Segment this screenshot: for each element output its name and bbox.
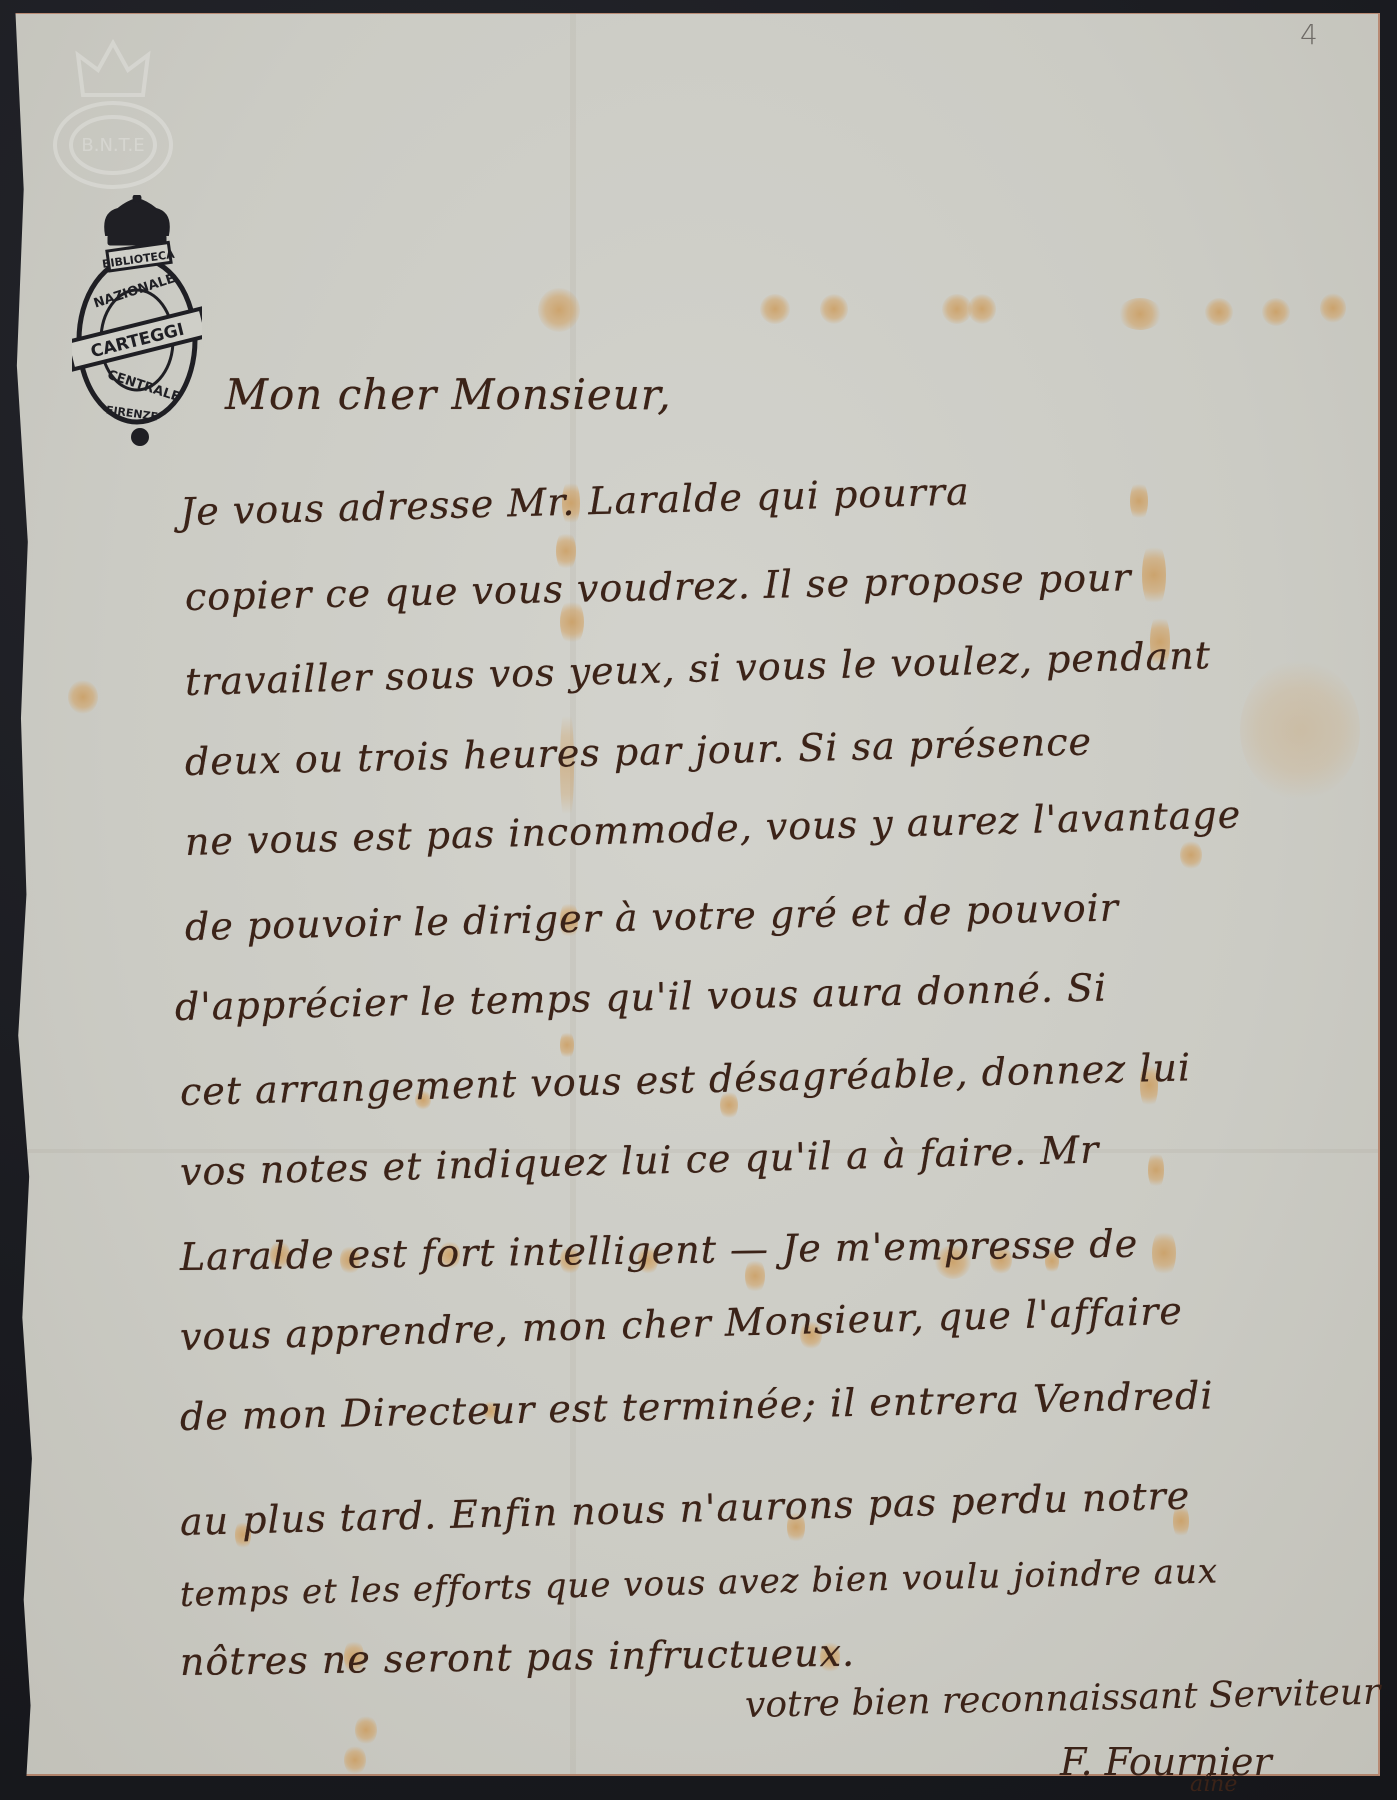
letter-line: vos notes et indiquez lui ce qu'il a à f…	[179, 1128, 1099, 1194]
letter-line: de mon Directeur est terminée; il entrer…	[180, 1373, 1214, 1439]
letter-line: Je vous adresse Mr. Laralde qui pourra	[179, 469, 970, 534]
letter-line: au plus tard. Enfin nous n'aurons pas pe…	[179, 1474, 1190, 1544]
closing: votre bien reconnaissant Serviteur	[745, 1672, 1381, 1726]
letter-line: travailler sous vos yeux, si vous le vou…	[184, 633, 1211, 704]
signature-suffix: aîné	[1190, 1772, 1237, 1797]
letter-line: ne vous est pas incommode, vous y aurez …	[184, 792, 1241, 864]
letter-line: cet arrangement vous est désagréable, do…	[179, 1045, 1191, 1114]
letter-line: nôtres ne seront pas infructueux.	[180, 1631, 856, 1684]
letter-line: temps et les efforts que vous avez bien …	[180, 1551, 1219, 1615]
letter-line: copier ce que vous voudrez. Il se propos…	[185, 555, 1132, 619]
letter-line: de pouvoir le diriger à votre gré et de …	[185, 885, 1120, 949]
letter-line: deux ou trois heures par jour. Si sa pré…	[185, 719, 1093, 784]
letter-line: d'apprécier le temps qu'il vous aura don…	[175, 965, 1108, 1029]
signature: F. Fournier	[1060, 1740, 1272, 1784]
letter-line: Laralde est fort intelligent — Je m'empr…	[180, 1222, 1139, 1279]
letter-line: vous apprendre, mon cher Monsieur, que l…	[179, 1289, 1183, 1359]
letter-body: Mon cher Monsieur, Je vous adresse Mr. L…	[0, 0, 1397, 1800]
salutation: Mon cher Monsieur,	[225, 370, 672, 419]
